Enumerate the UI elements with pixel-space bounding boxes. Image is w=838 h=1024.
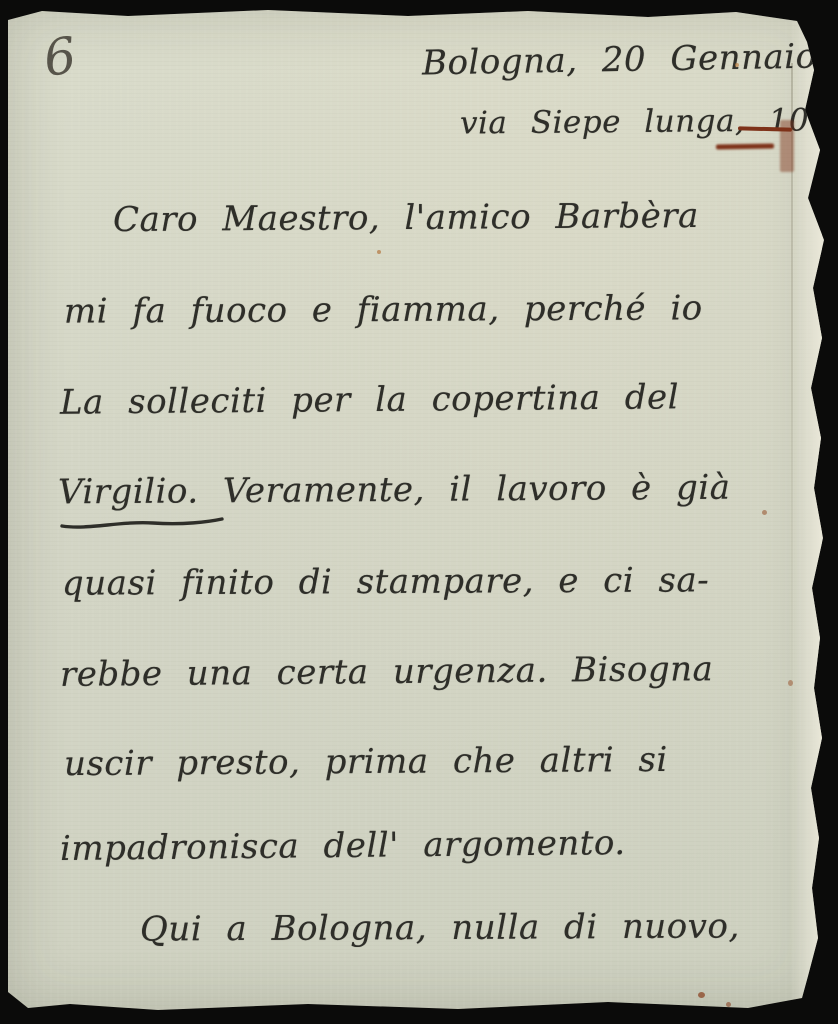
address-line: via Siepe lunga, 10 (460, 102, 809, 141)
foxing-spot (788, 680, 793, 686)
rust-stain (716, 143, 774, 149)
dateline: Bologna, 20 Gennaio (422, 37, 817, 84)
underlined-word: Virgilio (58, 471, 188, 512)
foxing-spot (735, 63, 739, 67)
handwritten-line: Caro Maestro, l'amico Barbèra (113, 196, 699, 240)
handwritten-line: quasi finito di stampare, e ci sa- (62, 560, 709, 603)
handwritten-line: rebbe una certa urgenza. Bisogna (60, 649, 714, 695)
foxing-spot (377, 250, 381, 254)
underline-flourish (58, 514, 228, 532)
handwritten-line: impadronisca dell' argomento. (60, 823, 626, 869)
foxing-spot (762, 510, 767, 515)
handwritten-line: Qui a Bologna, nulla di nuovo, (140, 906, 740, 949)
foxing-spot (698, 992, 705, 998)
handwritten-line: uscir presto, prima che altri si (64, 740, 668, 784)
handwritten-line: La solleciti per la copertina del (60, 377, 679, 422)
handwritten-line: Virgilio. Veramente, il lavoro è già (58, 468, 731, 513)
torn-right-edge (790, 8, 830, 1010)
page-number-annotation: 6 (40, 26, 80, 88)
photo-backdrop: 6 Bologna, 20 Gennaio via Siepe lunga, 1… (0, 0, 838, 1024)
handwritten-line: mi fa fuoco e fiamma, perché io (64, 288, 703, 331)
handwritten-line-rest: . Veramente, il lavoro è già (187, 468, 730, 512)
rust-smudge (780, 120, 794, 172)
letter-page: 6 Bologna, 20 Gennaio via Siepe lunga, 1… (8, 8, 822, 1010)
foxing-spot (726, 1002, 731, 1007)
